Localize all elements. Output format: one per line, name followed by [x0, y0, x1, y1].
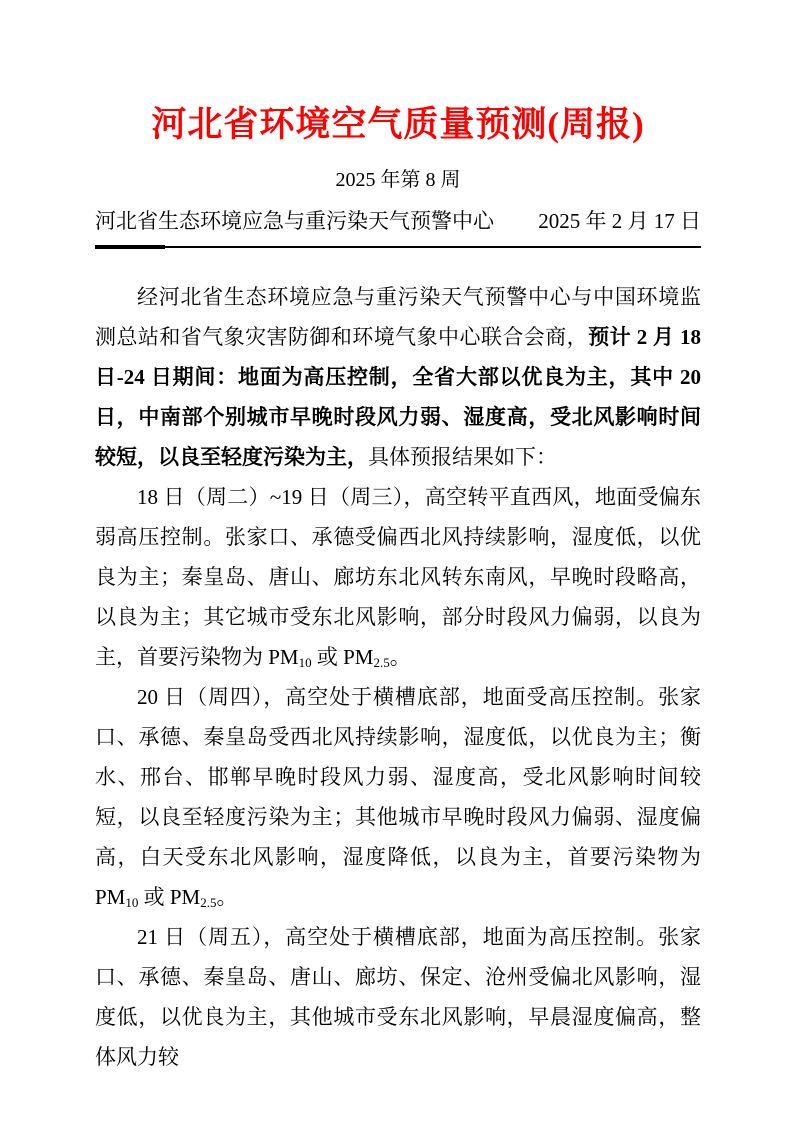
paragraph-forecast-21: 21 日（周五），高空处于横槽底部，地面为高压控制。张家口、承德、秦皇岛、唐山、…: [95, 917, 701, 1077]
issuing-organization: 河北省生态环境应急与重污染天气预警中心: [95, 208, 494, 235]
paragraph-forecast-20: 20 日（周四），高空处于横槽底部，地面受高压控制。张家口、承德、秦皇岛受西北风…: [95, 677, 701, 917]
paragraph-summary: 经河北省生态环境应急与重污染天气预警中心与中国环境监测总站和省气象灾害防御和环境…: [95, 277, 701, 477]
forecast-20-text-end: 。: [216, 885, 237, 909]
header-divider: [95, 245, 701, 249]
pm25-subscript: 2.5: [200, 895, 216, 910]
pm10-subscript: 10: [125, 895, 138, 910]
pm10-subscript: 10: [299, 655, 312, 670]
forecast-20-text-or: 或 PM: [138, 885, 200, 909]
summary-tail-text: 具体预报结果如下：: [368, 445, 557, 469]
byline-row: 河北省生态环境应急与重污染天气预警中心 2025 年 2 月 17 日: [95, 208, 701, 235]
divider-line: [95, 246, 701, 248]
pm25-subscript: 2.5: [373, 655, 389, 670]
forecast-18-19-text: 18 日（周二）~19 日（周三），高空转平直西风，地面受偏东弱高压控制。张家口…: [95, 485, 701, 669]
forecast-18-19-text-end: 。: [390, 645, 411, 669]
week-subtitle: 2025 年第 8 周: [95, 167, 701, 193]
forecast-18-19-text-or: 或 PM: [312, 645, 374, 669]
document-title: 河北省环境空气质量预测(周报): [95, 100, 701, 151]
document-page: 河北省环境空气质量预测(周报) 2025 年第 8 周 河北省生态环境应急与重污…: [0, 0, 793, 1122]
forecast-20-text: 20 日（周四），高空处于横槽底部，地面受高压控制。张家口、承德、秦皇岛受西北风…: [95, 685, 701, 909]
issue-date: 2025 年 2 月 17 日: [538, 208, 701, 235]
paragraph-forecast-18-19: 18 日（周二）~19 日（周三），高空转平直西风，地面受偏东弱高压控制。张家口…: [95, 477, 701, 677]
forecast-21-text: 21 日（周五），高空处于横槽底部，地面为高压控制。张家口、承德、秦皇岛、唐山、…: [95, 925, 701, 1069]
divider-thick-segment: [95, 245, 165, 249]
document-body: 经河北省生态环境应急与重污染天气预警中心与中国环境监测总站和省气象灾害防御和环境…: [95, 277, 701, 1077]
